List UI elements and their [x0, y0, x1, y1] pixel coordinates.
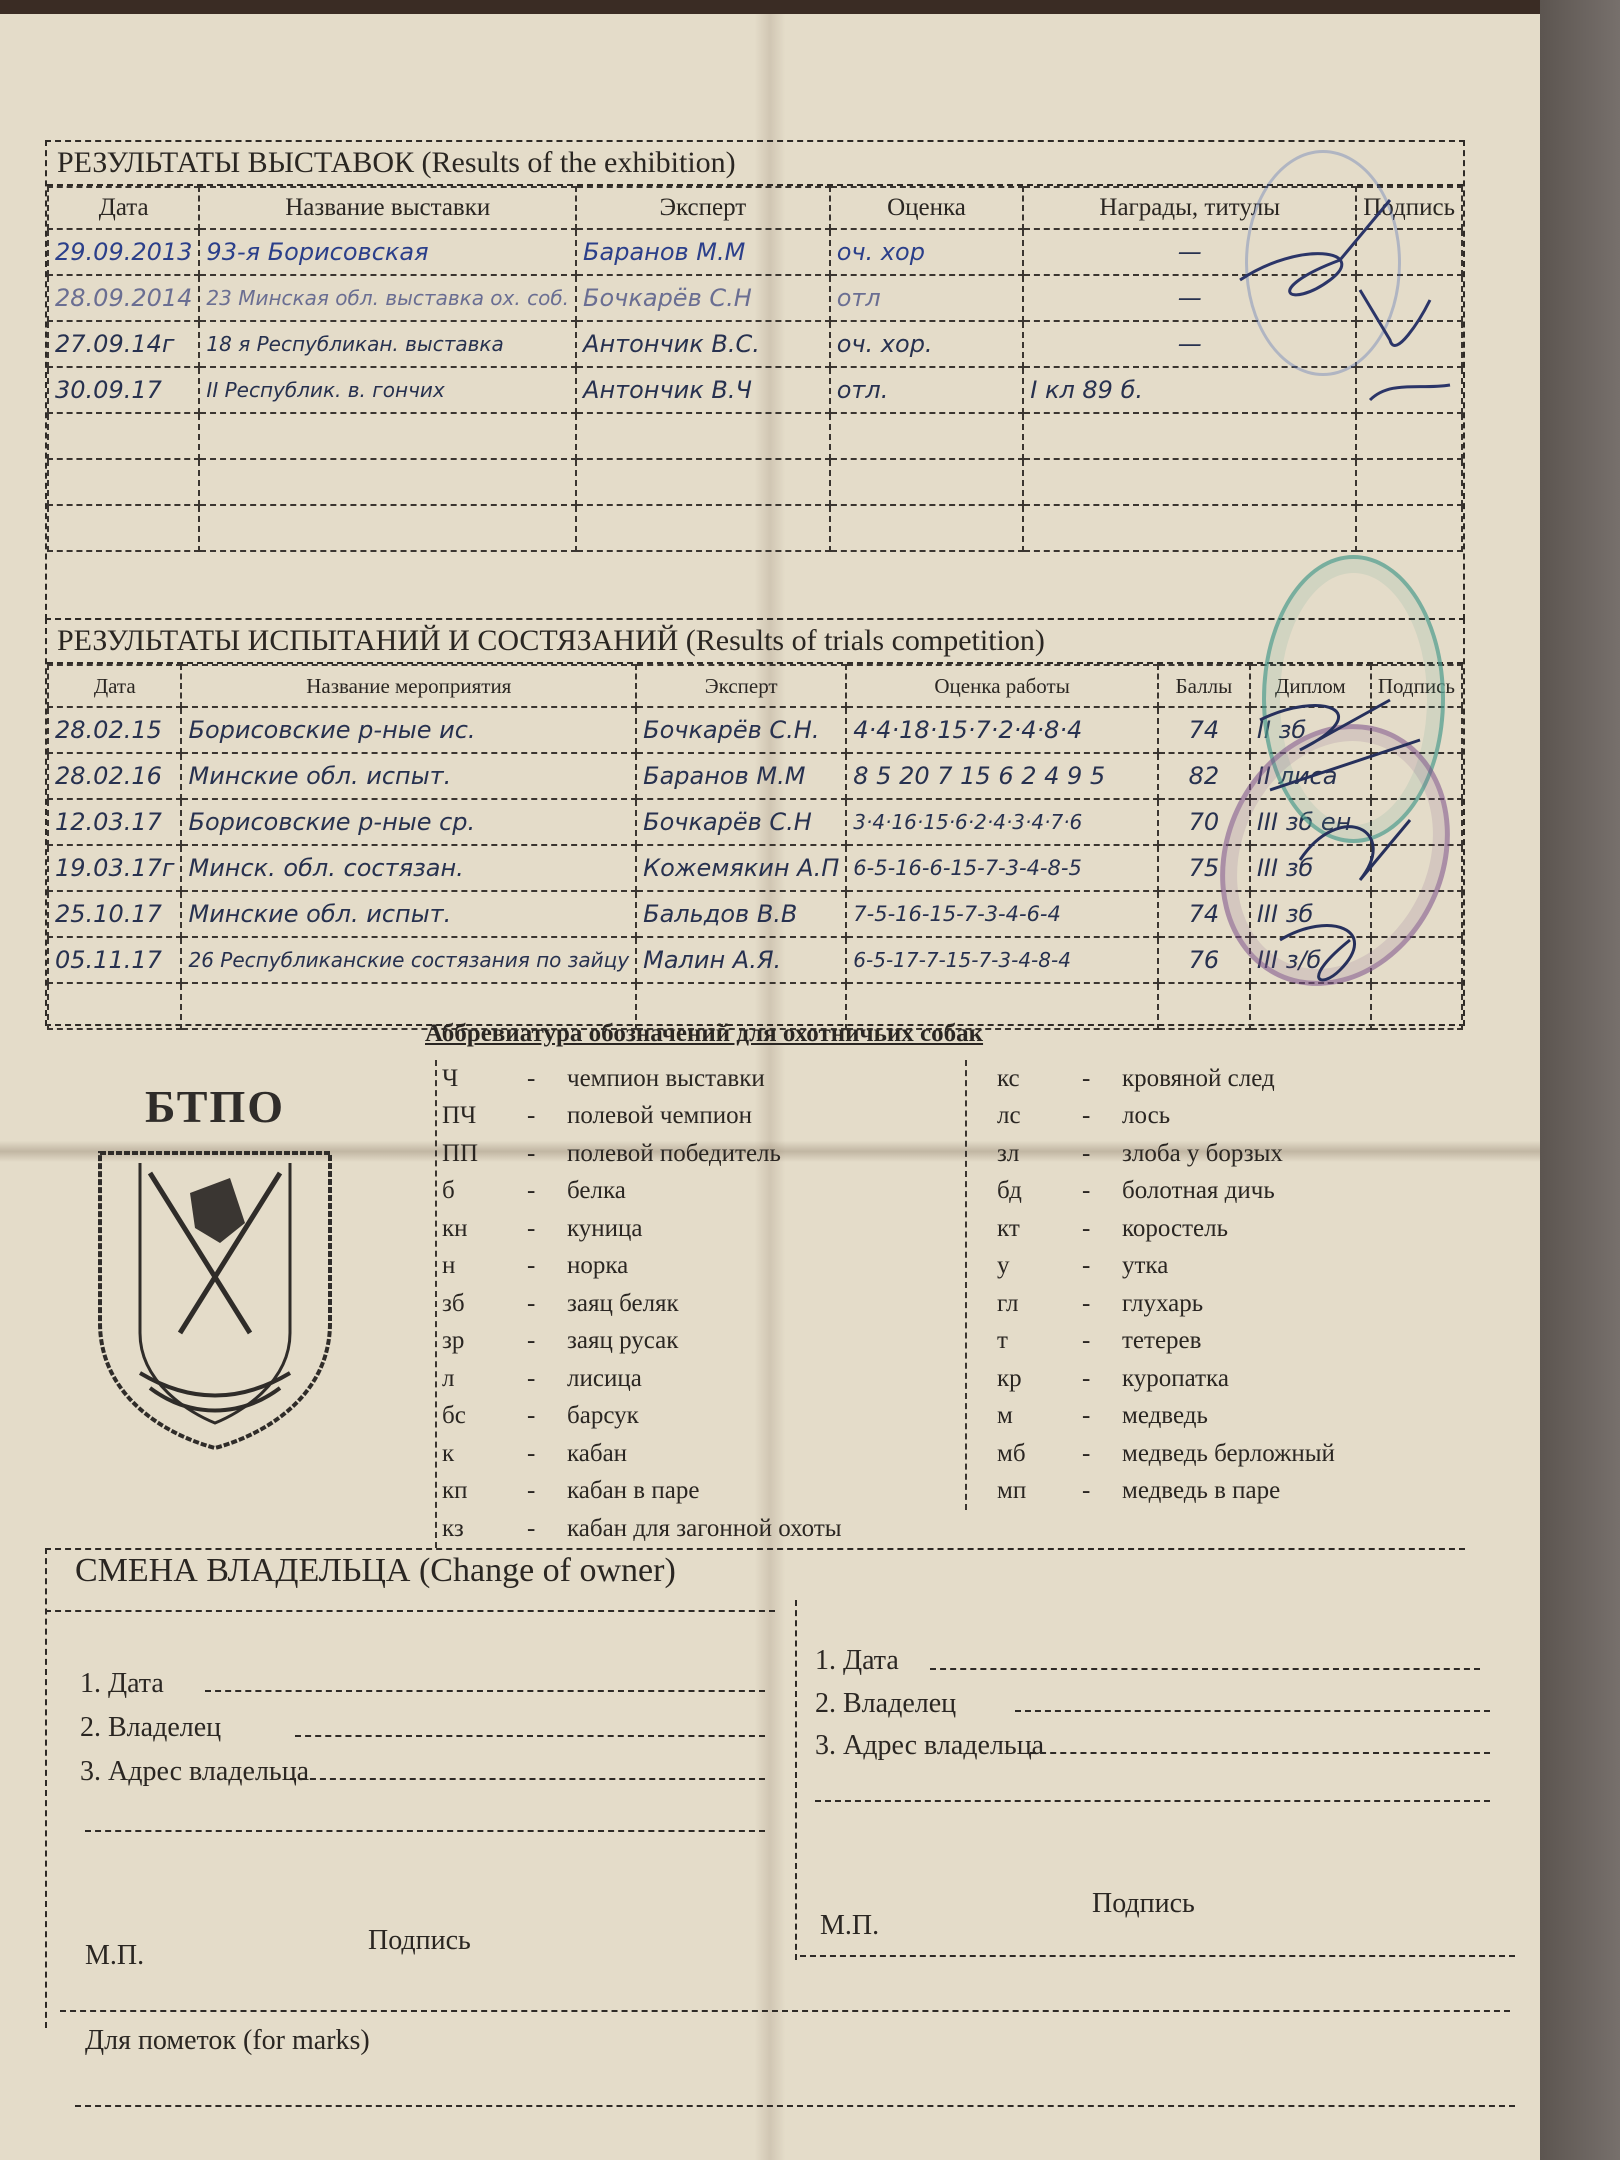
- notes-field[interactable]: [75, 2105, 1515, 2107]
- abbr-row: зл-злоба у борзых: [997, 1135, 1517, 1173]
- abbr-row: зб-заяц беляк: [442, 1285, 972, 1323]
- abbr-row: лс-лось: [997, 1098, 1517, 1136]
- cell-event: 26 Республиканские состязания по зайцу: [181, 937, 636, 983]
- cell-event: Минск. обл. состязан.: [181, 845, 636, 891]
- cell-expert: Антончик В.С.: [576, 321, 830, 367]
- abbr-row: б-белка: [442, 1173, 972, 1211]
- cell-expert: Малин А.Я.: [636, 937, 846, 983]
- abbreviations-right-column: кс-кровяной след лс-лось зл-злоба у борз…: [965, 1060, 1517, 1510]
- col-work: Оценка работы: [846, 665, 1158, 707]
- cell-show: II Республик. в. гончих: [199, 367, 576, 413]
- cell-work: 4·4·18·15·7·2·4·8·4: [846, 707, 1158, 753]
- owner-right-date-label: 1. Дата: [815, 1645, 899, 1677]
- owner-right-date-field[interactable]: [930, 1668, 1480, 1670]
- organization-logo: БТПО: [80, 1080, 350, 1460]
- cell-expert: Бочкарёв С.Н.: [636, 707, 846, 753]
- abbr-row: к-кабан: [442, 1435, 972, 1473]
- trials-results-title: РЕЗУЛЬТАТЫ ИСПЫТАНИЙ И СОСТЯЗАНИЙ (Resul…: [47, 620, 1463, 664]
- cell-event: Борисовские р-ные ис.: [181, 707, 636, 753]
- abbreviations-title: Аббревиатура обозначений для охотничьих …: [425, 1020, 983, 1048]
- abbr-row: н-норка: [442, 1248, 972, 1286]
- divider: [60, 2010, 1510, 2012]
- cell-expert: Бальдов В.В: [636, 891, 846, 937]
- owner-right-address-field[interactable]: [1030, 1752, 1490, 1754]
- abbr-row: кр-куропатка: [997, 1360, 1517, 1398]
- cell-date: 28.02.16: [48, 753, 181, 799]
- abbr-row: Ч-чемпион выставки: [442, 1060, 972, 1098]
- cell-event: Минские обл. испыт.: [181, 891, 636, 937]
- abbr-row: ПЧ-полевой чемпион: [442, 1098, 972, 1136]
- col-event: Название мероприятия: [181, 665, 636, 707]
- abbr-row: мп-медведь в паре: [997, 1473, 1517, 1511]
- cell-work: 3·4·16·15·6·2·4·3·4·7·6: [846, 799, 1158, 845]
- abbr-row: л-лисица: [442, 1360, 972, 1398]
- col-show: Название выставки: [199, 187, 576, 229]
- cell-grade: отл: [830, 275, 1024, 321]
- abbr-row: кп-кабан в паре: [442, 1473, 972, 1511]
- owner-left-date-field[interactable]: [205, 1690, 765, 1692]
- owner-right-address-field-2[interactable]: [815, 1800, 1490, 1802]
- cell-grade: оч. хор: [830, 229, 1024, 275]
- divider: [45, 1610, 775, 1612]
- cell-date: 29.09.2013: [48, 229, 199, 275]
- cell-expert: Баранов М.М: [636, 753, 846, 799]
- abbr-row: кн-куница: [442, 1210, 972, 1248]
- cell-date: 30.09.17: [48, 367, 199, 413]
- owner-left-date-label: 1. Дата: [80, 1668, 164, 1700]
- cell-points: 76: [1158, 937, 1250, 983]
- notes-title: Для пометок (for marks): [85, 2025, 370, 2057]
- cell-date: 12.03.17: [48, 799, 181, 845]
- col-date: Дата: [48, 665, 181, 707]
- cell-expert: Кожемякин А.П: [636, 845, 846, 891]
- owner-right-owner-field[interactable]: [1015, 1710, 1490, 1712]
- owner-left-address-field[interactable]: [290, 1778, 765, 1780]
- table-surface: [1540, 0, 1620, 2160]
- owner-left-owner-field[interactable]: [295, 1735, 765, 1737]
- cell-show: 23 Минская обл. выставка ох. соб.: [199, 275, 576, 321]
- cell-date: 19.03.17г: [48, 845, 181, 891]
- abbr-row: зр-заяц русак: [442, 1323, 972, 1361]
- table-row-empty: [48, 413, 1462, 459]
- cell-expert: Баранов М.М: [576, 229, 830, 275]
- abbr-row: м-медведь: [997, 1398, 1517, 1436]
- cell-date: 28.09.2014: [48, 275, 199, 321]
- cell-event: Борисовские р-ные ср.: [181, 799, 636, 845]
- cell-date: 25.10.17: [48, 891, 181, 937]
- owner-left-address-label: 3. Адрес владельца: [80, 1756, 309, 1788]
- owner-left-owner-label: 2. Владелец: [80, 1712, 221, 1744]
- col-grade: Оценка: [830, 187, 1024, 229]
- cell-event: Минские обл. испыт.: [181, 753, 636, 799]
- col-points: Баллы: [1158, 665, 1250, 707]
- abbr-row: кт-коростель: [997, 1210, 1517, 1248]
- shield-emblem-icon: [80, 1133, 350, 1453]
- col-expert: Эксперт: [636, 665, 846, 707]
- cell-show: 93-я Борисовская: [199, 229, 576, 275]
- abbr-row: гл-глухарь: [997, 1285, 1517, 1323]
- col-date: Дата: [48, 187, 199, 229]
- abbr-row: бд-болотная дичь: [997, 1173, 1517, 1211]
- cell-expert: Бочкарёв С.Н: [576, 275, 830, 321]
- divider: [800, 1955, 1515, 1957]
- abbr-row: бс-барсук: [442, 1398, 972, 1436]
- cell-expert: Антончик В.Ч: [576, 367, 830, 413]
- cell-work: 6-5-16-6-15-7-3-4-8-5: [846, 845, 1158, 891]
- owner-right-signature-label: Подпись: [1092, 1888, 1195, 1920]
- abbr-row: т-тетерев: [997, 1323, 1517, 1361]
- col-expert: Эксперт: [576, 187, 830, 229]
- abbr-row: кз-кабан для загонной охоты: [442, 1510, 972, 1548]
- owner-left-stamp-label: М.П.: [85, 1940, 144, 1972]
- signature-scribble-icon: [1240, 680, 1460, 1000]
- abbr-row: ПП-полевой победитель: [442, 1135, 972, 1173]
- table-row-empty: [48, 459, 1462, 505]
- cell-work: 6-5-17-7-15-7-3-4-8-4: [846, 937, 1158, 983]
- owner-change-title: СМЕНА ВЛАДЕЛЬЦА (Change of owner): [75, 1552, 676, 1590]
- owner-left-signature-label: Подпись: [368, 1925, 471, 1957]
- cell-show: 18 я Республикан. выставка: [199, 321, 576, 367]
- cell-grade: оч. хор.: [830, 321, 1024, 367]
- owner-right-stamp-label: М.П.: [820, 1910, 879, 1942]
- table-row-empty: [48, 505, 1462, 551]
- abbr-row: кс-кровяной след: [997, 1060, 1517, 1098]
- cell-date: 05.11.17: [48, 937, 181, 983]
- abbr-row: у-утка: [997, 1248, 1517, 1286]
- cell-date: 28.02.15: [48, 707, 181, 753]
- abbreviations-left-column: Ч-чемпион выставки ПЧ-полевой чемпион ПП…: [435, 1060, 972, 1548]
- owner-divider-vertical: [795, 1600, 797, 1960]
- cell-points: 82: [1158, 753, 1250, 799]
- cell-date: 27.09.14г: [48, 321, 199, 367]
- abbr-row: мб-медведь берложный: [997, 1435, 1517, 1473]
- signature-scribble-icon: [1220, 170, 1460, 410]
- owner-right-owner-label: 2. Владелец: [815, 1688, 956, 1720]
- owner-left-address-field-2[interactable]: [85, 1830, 765, 1832]
- cell-grade: отл.: [830, 367, 1024, 413]
- cell-points: 74: [1158, 707, 1250, 753]
- logo-text: БТПО: [80, 1080, 350, 1133]
- owner-right-address-label: 3. Адрес владельца: [815, 1730, 1044, 1762]
- cell-work: 7-5-16-15-7-3-4-6-4: [846, 891, 1158, 937]
- cell-expert: Бочкарёв С.Н: [636, 799, 846, 845]
- cell-work: 8 5 20 7 15 6 2 4 9 5: [846, 753, 1158, 799]
